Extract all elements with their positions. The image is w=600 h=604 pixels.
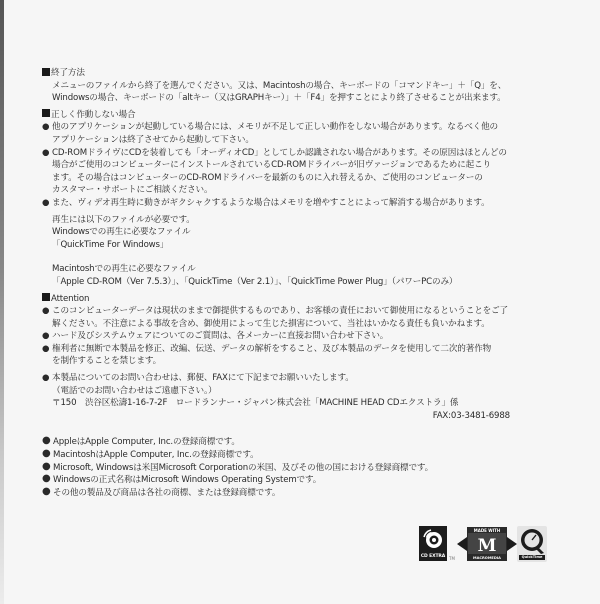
svg-text:MACROMEDIA: MACROMEDIA xyxy=(473,556,501,560)
bullet-dot-icon: ● xyxy=(42,330,49,343)
contact-item: ● 本製品についてのお問い合わせは、郵便、FAXにて下記までお願いいたします。 … xyxy=(42,372,562,397)
made-with-macromedia-logo: MADE WITH M MACROMEDIA xyxy=(457,526,517,562)
trademark-item: ● AppleはApple Computer, Inc.の登録商標です。 xyxy=(42,436,562,449)
trademark-item: ● Microsoft, Windowsは米国Microsoft Corpora… xyxy=(42,462,562,475)
contact-line: 本製品についてのお問い合わせは、郵便、FAXにて下記までお願いいたします。 xyxy=(52,372,562,385)
bullet-dot-icon: ● xyxy=(42,372,49,385)
quicktime-logo: QuickTime xyxy=(517,526,547,562)
requirements-intro: 再生には以下のファイルが必要です。 xyxy=(42,214,562,227)
item-line: カスタマー・サポートにご相談ください。 xyxy=(52,184,562,197)
cd-extra-logo: CD EXTRA xyxy=(419,526,447,561)
item-line: また、ヴィデオ再生時に動きがギクシャクするような場合はメモリを増やすことによって… xyxy=(52,197,562,210)
section-title-text: 終了方法 xyxy=(51,68,85,78)
exit-line: メニューのファイルから終了を選んでください。又は、Macintoshの場合、キー… xyxy=(42,80,562,93)
manual-page: 終了方法 メニューのファイルから終了を選んでください。又は、Macintoshの… xyxy=(42,67,562,499)
troubleshoot-item: ● CD-ROMドライヴにCDを装着しても「オーディオCD」としてしか認識されな… xyxy=(42,147,562,197)
trademark-text: その他の製品及び商品は各社の商標、または登録商標です。 xyxy=(53,488,280,498)
trademark-text: Windowsの正式名称はMicrosoft Windows Operating… xyxy=(53,475,321,485)
contact-fax: FAX:03-3481-6988 xyxy=(42,410,562,423)
troubleshoot-item: ● 他のアプリケーションが起動している場合には、メモリが不足して正しい動作をしな… xyxy=(42,121,562,146)
trademark-item: ● MacintoshはApple Computer, Inc.の登録商標です。 xyxy=(42,449,562,462)
contact-address: 〒150 渋谷区松濤1-16-7-2F ロードランナー・ジャパン株式会社「MAC… xyxy=(42,397,562,410)
item-line: アプリケーションは終了させてから起動して下さい。 xyxy=(52,134,562,147)
trademark-item: ● Windowsの正式名称はMicrosoft Windows Operati… xyxy=(42,474,562,487)
macromedia-badge-icon: MADE WITH M MACROMEDIA xyxy=(457,526,517,562)
cd-disc-icon xyxy=(422,528,444,550)
trademark-text: MacintoshはApple Computer, Inc.の登録商標です。 xyxy=(53,450,259,460)
trademark-item: ● その他の製品及び商品は各社の商標、または登録商標です。 xyxy=(42,487,562,500)
bullet-dot-icon: ● xyxy=(42,121,49,134)
svg-text:M: M xyxy=(478,536,497,556)
bullet-dot-icon: ● xyxy=(42,448,51,461)
attention-item: ● このコンピューターデータは現状のままで御提供するものであり、お客様の責任にお… xyxy=(42,305,562,330)
item-line: 解ください。不注意による事故を含め、御使用によって生じた損害について、当社はいか… xyxy=(52,318,562,331)
item-line: ハード及びシステムウェアについてのご質問は、各メーカーに直接お問い合わせ下さい。 xyxy=(52,330,562,343)
trademark-text: AppleはApple Computer, Inc.の登録商標です。 xyxy=(53,437,240,447)
attention-item: ● 権利者に無断で本製品を修正、改編、伝送、データの解析をすること、及び本製品の… xyxy=(42,343,562,368)
troubleshoot-item: ● また、ヴィデオ再生時に動きがギクシャクするような場合はメモリを増やすことによ… xyxy=(42,197,562,210)
cd-extra-label: CD EXTRA xyxy=(419,554,447,559)
item-line: CD-ROMドライヴにCDを装着しても「オーディオCD」としてしか認識されない場… xyxy=(52,147,562,160)
svg-text:MADE WITH: MADE WITH xyxy=(474,528,501,533)
logo-row: CD EXTRA TM MADE WITH M MACROMEDIA Quick… xyxy=(419,526,554,562)
section-title-text: 正しく作動しない場合 xyxy=(51,110,135,120)
bullet-dot-icon: ● xyxy=(42,461,51,474)
square-bullet-icon xyxy=(42,68,50,76)
page-binding-edge xyxy=(0,0,4,604)
item-line: 権利者に無断で本製品を修正、改編、伝送、データの解析をすること、及び本製品のデー… xyxy=(52,343,562,356)
exit-line: Windowsの場合、キーボードの「altキー（又はGRAPHキー）」＋「F4」… xyxy=(42,92,562,105)
item-line: を制作することを禁じます。 xyxy=(52,355,562,368)
square-bullet-icon xyxy=(42,109,50,117)
bullet-dot-icon: ● xyxy=(42,197,49,210)
bullet-dot-icon: ● xyxy=(42,435,51,448)
item-line: 場合がご使用のコンピューターにインストールされているCD-ROMドライバーが旧ヴ… xyxy=(52,159,562,172)
item-line: 他のアプリケーションが起動している場合には、メモリが不足して正しい動作をしない場… xyxy=(52,121,562,134)
quicktime-q-icon xyxy=(517,526,547,556)
windows-requirements-label: Windowsでの再生に必要なファイル xyxy=(42,226,562,239)
mac-requirements-label: Macintoshでの再生に必要なファイル xyxy=(42,263,562,276)
bullet-dot-icon: ● xyxy=(42,305,49,318)
attention-item: ● ハード及びシステムウェアについてのご質問は、各メーカーに直接お問い合わせ下さ… xyxy=(42,330,562,343)
trademark-symbol: TM xyxy=(449,556,455,561)
bullet-dot-icon: ● xyxy=(42,343,49,356)
bullet-dot-icon: ● xyxy=(42,486,51,499)
item-line: このコンピューターデータは現状のままで御提供するものであり、お客様の責任において… xyxy=(52,305,562,318)
section-title-attention: Attention xyxy=(42,293,562,306)
section-title-text: Attention xyxy=(51,294,89,304)
trademark-text: Microsoft, Windowsは米国Microsoft Corporati… xyxy=(53,463,433,473)
bullet-dot-icon: ● xyxy=(42,147,49,160)
trademark-list: ● AppleはApple Computer, Inc.の登録商標です。 ● M… xyxy=(42,436,562,499)
section-title-exit: 終了方法 xyxy=(42,67,562,80)
bullet-dot-icon: ● xyxy=(42,473,51,486)
contact-line: （電話でのお問い合わせはご遠慮下さい。） xyxy=(52,385,562,398)
quicktime-label: QuickTime xyxy=(519,555,545,560)
mac-required-files: 「Apple CD-ROM（Ver 7.5.3）」、「QuickTime（Ver… xyxy=(42,276,562,289)
windows-required-files: 「QuickTime For Windows」 xyxy=(42,239,562,252)
section-title-troubleshoot: 正しく作動しない場合 xyxy=(42,109,562,122)
square-bullet-icon xyxy=(42,293,50,301)
item-line: ます。その場合はコンピューターのCD-ROMドライバーを最新のものに入れ替えるか… xyxy=(52,172,562,185)
